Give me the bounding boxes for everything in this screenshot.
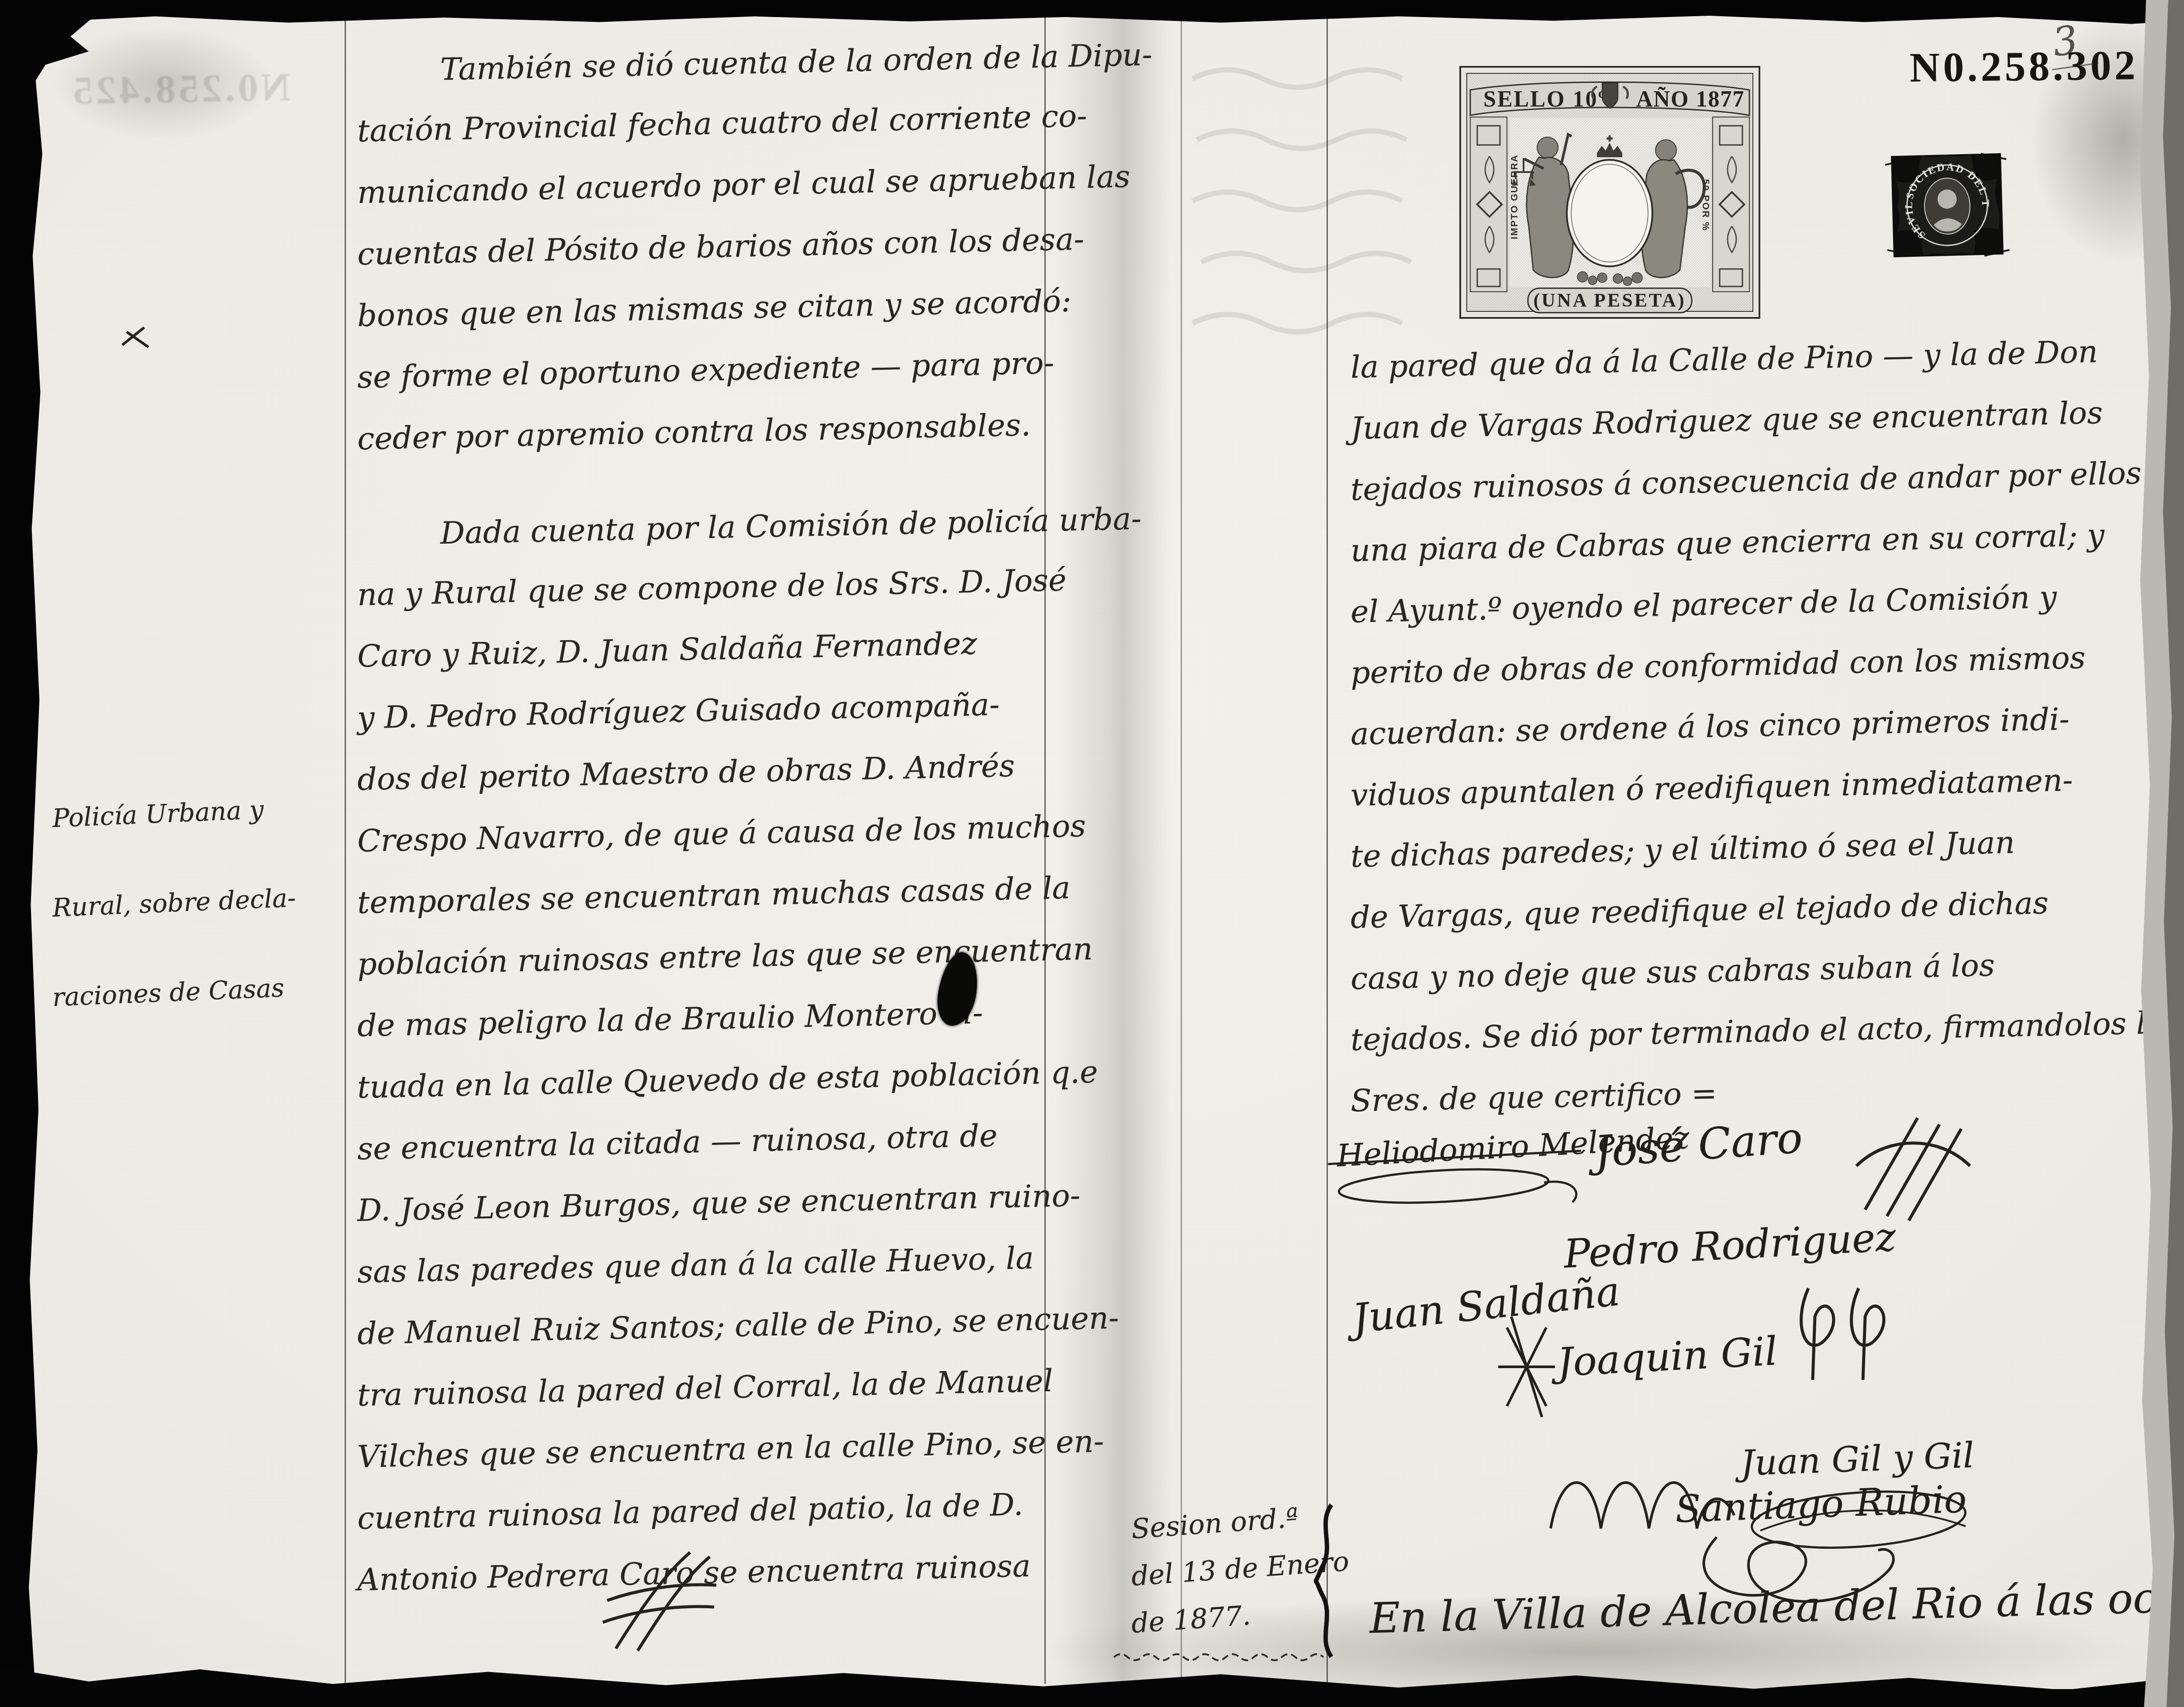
serial-number: N0.258.302 bbox=[1909, 41, 2138, 91]
signature-juan-gil: Juan Gil y Gil bbox=[1740, 1435, 1975, 1484]
revenue-stamp: SELLO 10º AÑO 1877 IMPTO GUERRA 50 POR bbox=[1458, 65, 1762, 320]
stamp-denomination: (UNA PESETA) bbox=[1533, 290, 1686, 311]
session-note-underline bbox=[1112, 1648, 1339, 1666]
rubric-pedro-rodriguez bbox=[1782, 1275, 1896, 1397]
margin-tick-mark bbox=[118, 323, 157, 354]
signature-flourish-ellipse bbox=[1334, 1165, 1588, 1213]
handwritten-line: Sres. de que certifico = bbox=[1350, 1075, 1717, 1119]
closing-hash-flourish bbox=[590, 1548, 721, 1653]
right-page-edge-rule bbox=[1181, 16, 1182, 1684]
bleedthrough-handwriting bbox=[1188, 52, 1459, 349]
justice-figure-icon bbox=[1537, 137, 1558, 158]
rubric-joaquin-gil bbox=[1494, 1310, 1559, 1419]
left-page-margin-rule bbox=[345, 16, 346, 1684]
corner-pen-mark: 3 bbox=[2046, 14, 2099, 70]
document-scan: N0.258.425 Policía Urbana yRural, sobre … bbox=[0, 0, 2184, 1707]
stamp-title-right: AÑO 1877 bbox=[1636, 86, 1745, 112]
session-note-brace bbox=[1314, 1502, 1344, 1659]
stamp-title-left: SELLO 10º bbox=[1483, 87, 1607, 112]
stamp-side-left-text: IMPTO GUERRA bbox=[1509, 154, 1520, 239]
abundance-figure-icon bbox=[1655, 140, 1676, 161]
rubric-jose-caro bbox=[1848, 1105, 1979, 1223]
stamp-side-right-text: 50 POR % bbox=[1700, 179, 1711, 231]
bleedthrough-serial-number: N0.258.425 bbox=[69, 64, 290, 114]
control-stamp: SOCIEDAD DEL TIMBRE SEVILLA bbox=[1885, 148, 2010, 263]
